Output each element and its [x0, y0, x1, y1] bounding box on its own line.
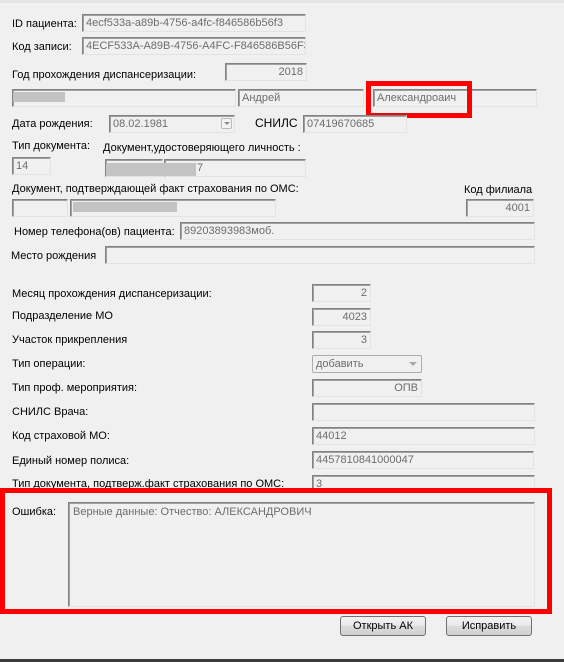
- birth-date-picker[interactable]: 08.02.1981: [109, 115, 235, 133]
- branch-code-field[interactable]: 4001: [466, 199, 534, 217]
- exam-year-label: Год прохождения диспансеризации:: [12, 69, 196, 82]
- operation-type-value: добавить: [316, 358, 363, 370]
- birth-date-label: Дата рождения:: [12, 118, 93, 131]
- record-code-label: Код записи:: [12, 41, 72, 54]
- birth-date-value: 08.02.1981: [113, 118, 168, 130]
- policy-number-label: Единый номер полиса:: [12, 455, 129, 468]
- calendar-dropdown-icon[interactable]: [221, 118, 232, 129]
- exam-month-label: Месяц прохождения диспансеризации:: [12, 288, 212, 301]
- doctor-snils-field[interactable]: [312, 403, 535, 421]
- insurer-code-field[interactable]: 44012: [312, 427, 535, 445]
- oms-doc-label: Документ, подтверждающей факт страховани…: [12, 183, 299, 196]
- birthplace-field[interactable]: [105, 246, 535, 264]
- window-top-edge: [0, 0, 564, 3]
- policy-number-field[interactable]: 4457810841000047: [312, 451, 534, 469]
- snils-label: СНИЛС: [255, 117, 298, 130]
- mo-division-field[interactable]: 4023: [312, 308, 371, 326]
- id-doc-label: Документ,удостоверяющего личность :: [103, 142, 301, 155]
- doctor-snils-label: СНИЛС Врача:: [12, 406, 88, 419]
- doc-type-label: Тип документа:: [12, 140, 90, 153]
- redacted-oms-doc: [73, 202, 177, 212]
- record-code-field[interactable]: 4ECF533A-A89B-4756-A4FC-F846586B56F3: [82, 37, 306, 55]
- operation-type-label: Тип операции:: [12, 358, 85, 371]
- branch-code-label: Код филиала: [464, 184, 532, 197]
- exam-year-field[interactable]: 2018: [225, 63, 307, 81]
- snils-field[interactable]: 07419670685: [303, 115, 407, 133]
- attachment-area-label: Участок прикрепления: [12, 334, 127, 347]
- prof-event-type-field[interactable]: ОПВ: [312, 379, 422, 397]
- first-name-field[interactable]: Андрей: [238, 89, 364, 107]
- redacted-id-doc: [106, 163, 196, 176]
- id-doc-number-suffix: 7: [197, 160, 203, 176]
- patient-id-field[interactable]: 4ecf533a-a89b-4756-a4fc-f846586b56f3: [82, 14, 306, 32]
- oms-doc-series-field[interactable]: [12, 199, 68, 217]
- patient-id-label: ID пациента:: [12, 18, 77, 31]
- error-highlight: [0, 488, 552, 614]
- phone-label: Номер телефона(ов) пациента:: [14, 226, 175, 239]
- exam-month-field[interactable]: 2: [312, 284, 371, 302]
- fix-button[interactable]: Исправить: [446, 616, 532, 636]
- open-ak-button[interactable]: Открыть АК: [340, 616, 426, 636]
- insurer-code-label: Код страховой МО:: [12, 430, 110, 443]
- chevron-down-icon: [409, 362, 417, 366]
- doc-type-field[interactable]: 14: [12, 157, 51, 175]
- redacted-last-name: [13, 92, 65, 102]
- middle-name-highlight: [366, 81, 472, 118]
- mo-division-label: Подразделение МО: [12, 310, 113, 323]
- attachment-area-field[interactable]: 3: [312, 331, 371, 349]
- birthplace-label: Место рождения: [11, 250, 96, 263]
- operation-type-select[interactable]: добавить: [312, 355, 422, 373]
- prof-event-type-label: Тип проф. мероприятия:: [12, 382, 137, 395]
- phone-field[interactable]: 89203893983моб.: [180, 222, 535, 240]
